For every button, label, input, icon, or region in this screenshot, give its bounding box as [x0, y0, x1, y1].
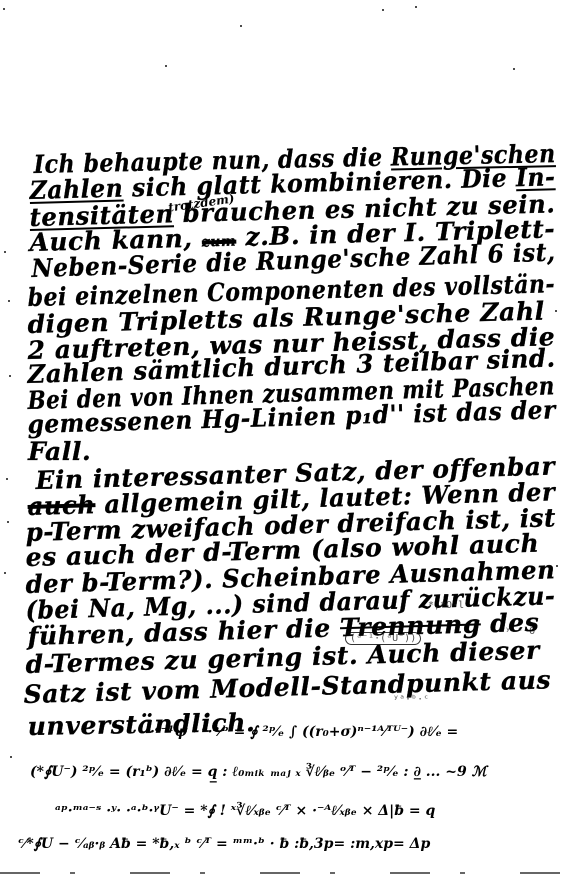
- line-text: des: [480, 608, 539, 639]
- scan-speck: [7, 521, 9, 523]
- letter-page: Ich behaupte nun, dass die Runge'schen Z…: [0, 0, 564, 878]
- scan-speck: [556, 565, 558, 567]
- scan-speck: [10, 756, 12, 758]
- formula-line-3: ᵃᵖ·ᵐᵃ⁻ˢ ·ʸ· ·ᵃ·ᵇ·ᵞU⁻ = *∮ ! ˣ∛ℓ⁄ₓᵦₑ ᶜ⁄ᵀ …: [55, 803, 435, 820]
- scan-speck: [4, 572, 6, 574]
- scan-speck: [165, 65, 167, 67]
- scan-speck: [8, 300, 10, 302]
- scan-speck: [6, 478, 8, 480]
- scan-speck: [3, 8, 5, 10]
- scan-edge-marks: [0, 872, 564, 874]
- formula-line-2: (*∮U⁻) ²ᵖ⁄ₑ = (r₁ᵇ) ∂ℓ⁄ₑ = q̲ : ℓ₀ₘᵢₖ ₘₐ…: [30, 764, 487, 781]
- formula-line-1: ·ᵃ⁻¹ψ · ᵃ·ᵇ⁄ᵇ = ∮ ²ᵖ⁄ₑ ∫ ((r₀+σ)ⁿ⁻¹ᴬ⁄ᵀᵁ⁻…: [150, 724, 458, 741]
- scan-speck: [555, 310, 557, 312]
- scan-speck: [9, 375, 11, 377]
- text-line-12: Fall.: [28, 437, 91, 466]
- scan-speck: [415, 6, 417, 8]
- formula-line-4: ᶜ⁄*∮U − ᶜ⁄ₐᵦ·ᵦ Aƀ = *ƀ,ₓ ᵇ ᶜ⁄ᵀ = ᵐᵐ·ᵇ · …: [18, 836, 430, 852]
- scan-speck: [513, 68, 515, 70]
- underlined-word: In-: [516, 162, 556, 192]
- scan-speck: [4, 251, 6, 253]
- scan-speck: [240, 25, 242, 27]
- scan-speck: [382, 9, 384, 11]
